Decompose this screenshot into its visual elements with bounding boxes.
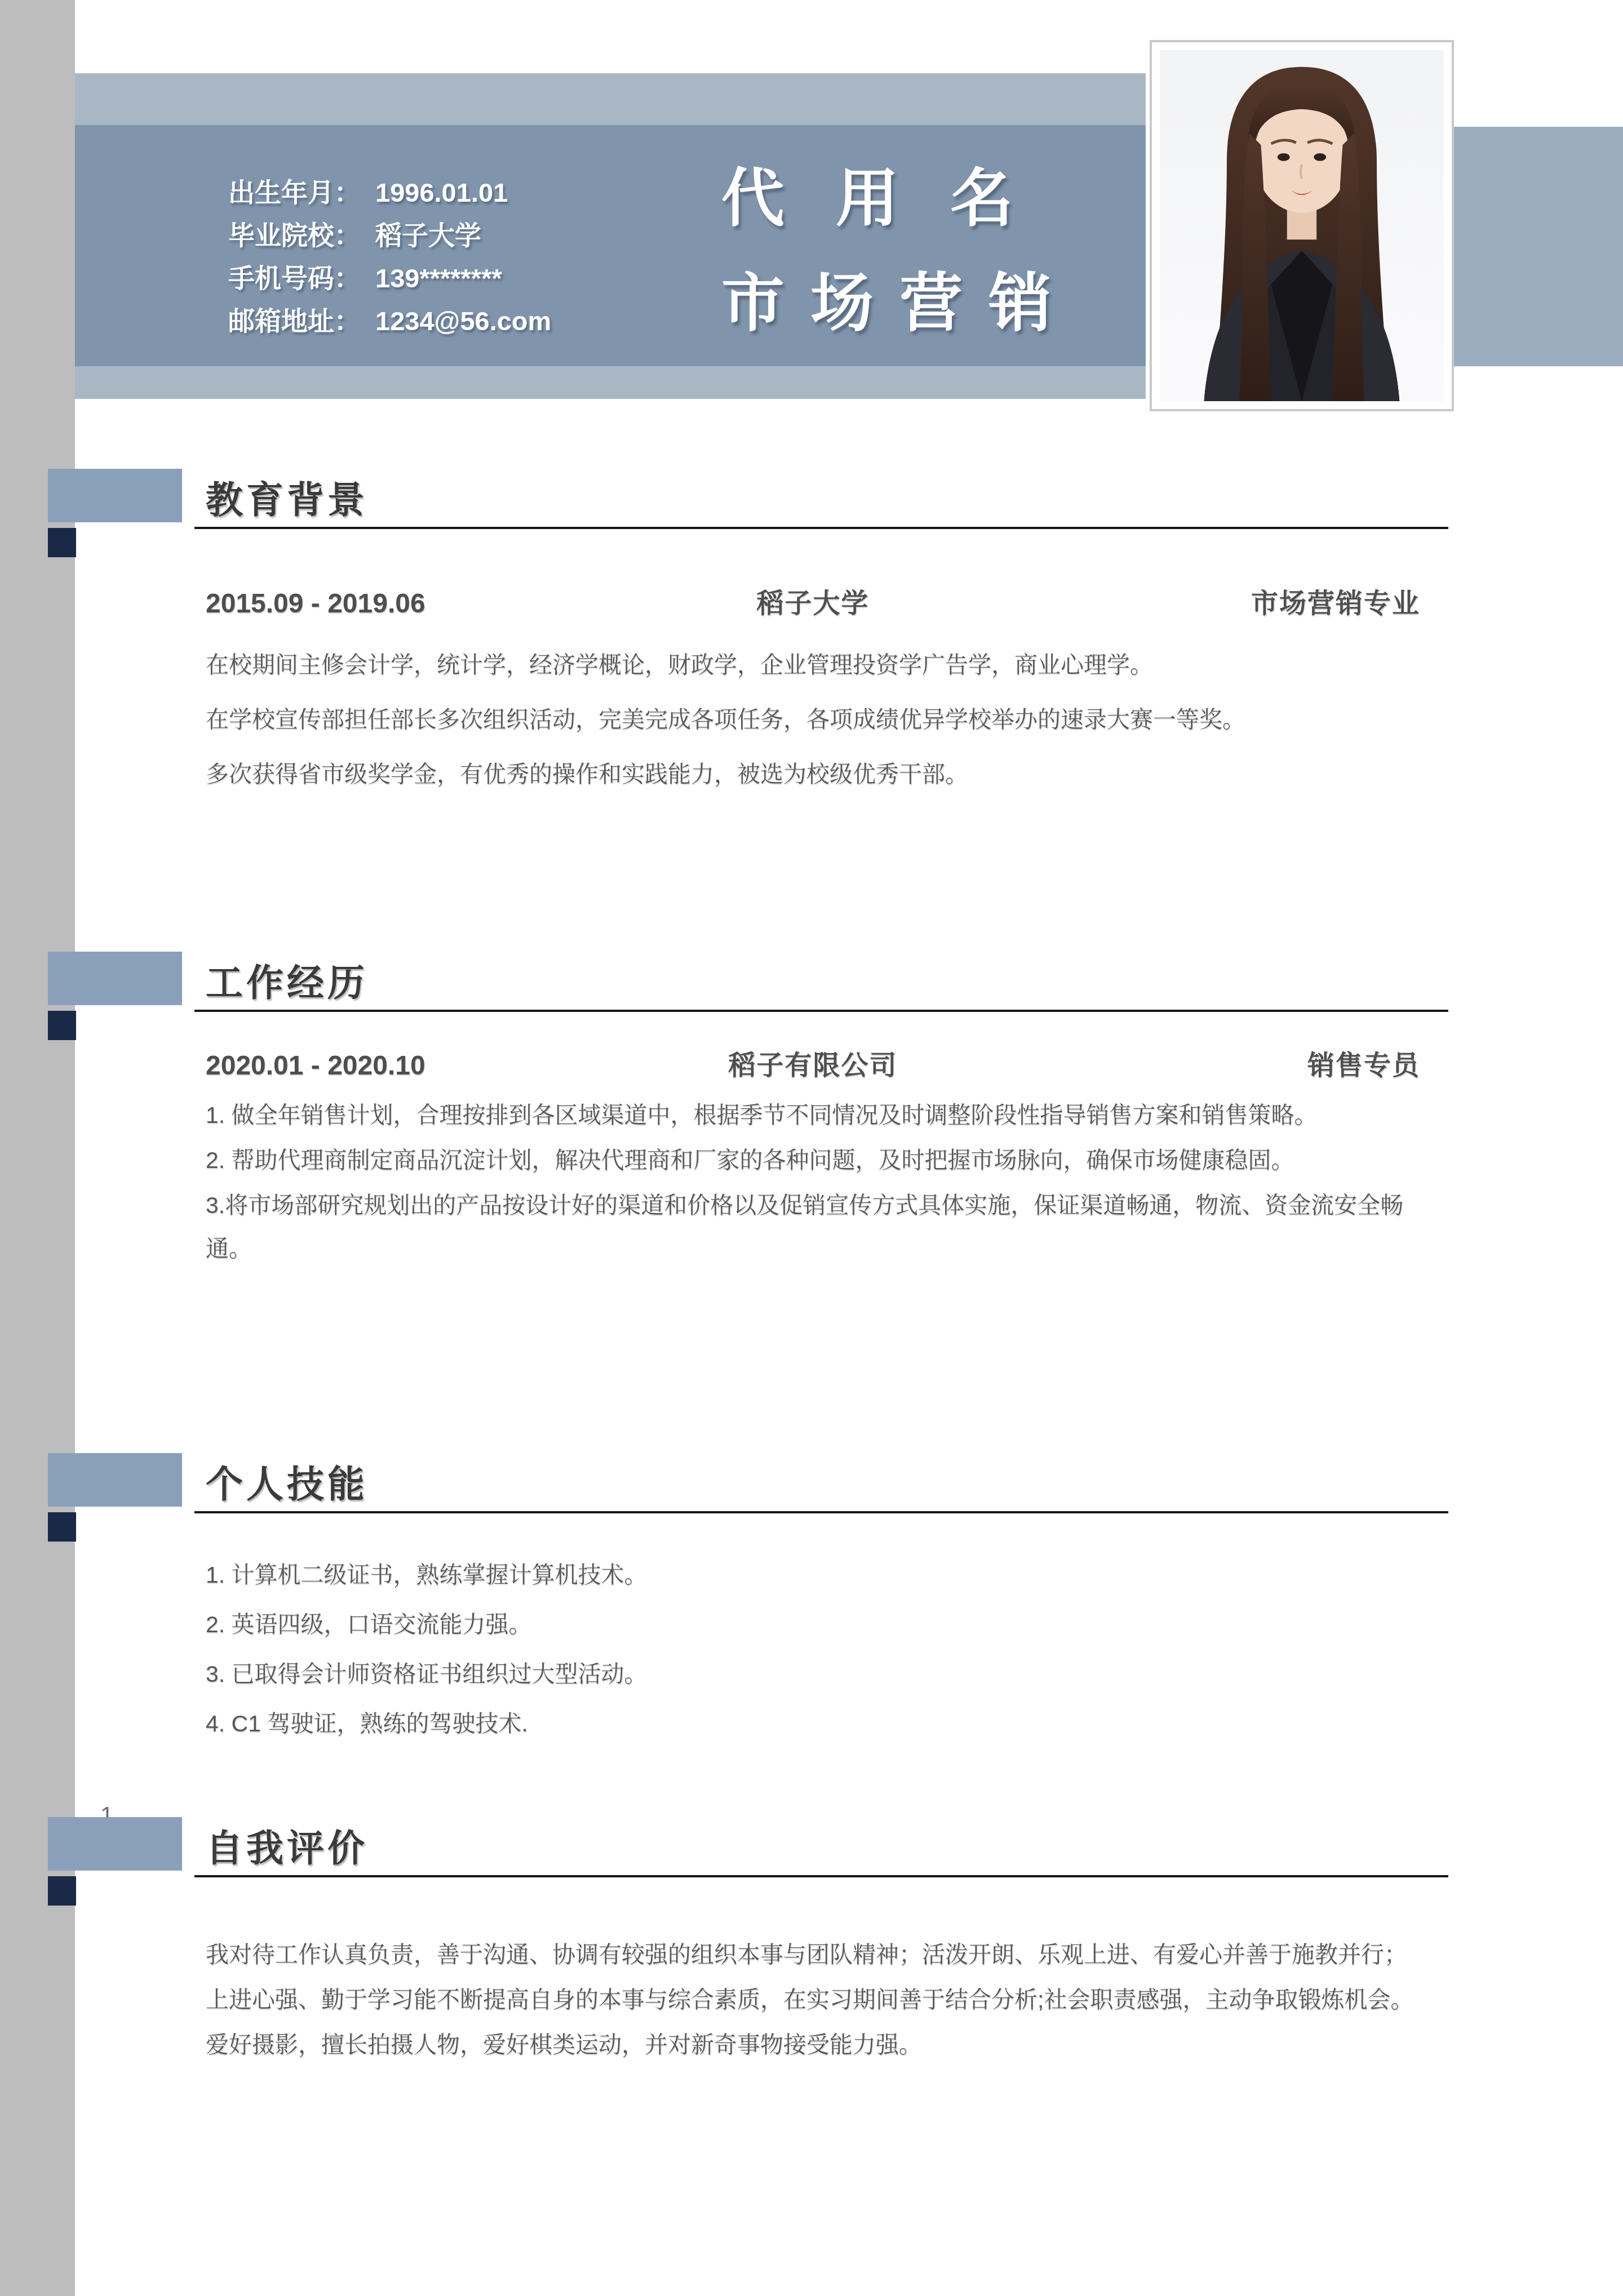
section-square-blue <box>48 1453 182 1507</box>
info-label: 邮箱地址 <box>228 300 334 338</box>
section-title-self-evaluation: 自我评价 <box>206 1818 368 1872</box>
work-body: 1. 做全年销售计划，合理按排到各区域渠道中，根据季节不同情况及时调整阶段性指导… <box>206 1094 1423 1272</box>
self-evaluation-paragraph: 上进心强、勤于学习能不断提高自身的本事与综合素质，在实习期间善于结合分析;社会职… <box>206 1978 1423 2022</box>
section-title-education: 教育背景 <box>206 470 368 523</box>
section-square-blue <box>48 469 182 522</box>
portrait-photo <box>1150 40 1454 411</box>
info-line-email: 邮箱地址：1234@56.com <box>228 300 551 343</box>
info-colon: ： <box>334 215 361 252</box>
section-self-evaluation: 自我评价 我对待工作认真负责，善于沟通、协调有较强的组织本事与团队精神；活泼开朗… <box>0 1817 1623 2211</box>
education-major: 市场营销专业 <box>1251 581 1420 620</box>
header-band-light-bottom <box>75 366 1146 399</box>
header-band-right <box>1454 127 1623 366</box>
skill-item: 2. 英语四级，口语交流能力强。 <box>206 1600 1423 1649</box>
info-label: 毕业院校 <box>228 215 334 252</box>
section-title-work: 工作经历 <box>206 953 368 1006</box>
skill-item: 4. C1 驾驶证，熟练的驾驶技术. <box>206 1699 1423 1748</box>
info-value: 1996.01.01 <box>375 177 508 208</box>
info-colon: ： <box>334 257 361 295</box>
work-paragraph: 2. 帮助代理商制定商品沉淀计划，解决代理商和厂家的各种问题，及时把握市场脉向，… <box>206 1139 1423 1182</box>
section-rule <box>194 1511 1448 1513</box>
info-value: 1234@56.com <box>375 305 551 336</box>
work-row: 2020.01 - 2020.10 稻子有限公司 销售专员 <box>206 1043 1420 1082</box>
education-paragraph: 在学校宣传部担任部长多次组织活动，完美完成各项任务，各项成绩优异学校举办的速录大… <box>206 692 1423 747</box>
section-education: 教育背景 2015.09 - 2019.06 稻子大学 市场营销专业 在校期间主… <box>0 469 1623 818</box>
header-band-light-top <box>75 73 1146 125</box>
person-name: 代 用 名 <box>721 162 1150 236</box>
education-dates: 2015.09 - 2019.06 <box>206 588 425 619</box>
info-colon: ： <box>334 172 361 210</box>
self-evaluation-paragraph: 我对待工作认真负责，善于沟通、协调有较强的组织本事与团队精神；活泼开朗、乐观上进… <box>206 1933 1423 1977</box>
work-paragraph: 1. 做全年销售计划，合理按排到各区域渠道中，根据季节不同情况及时调整阶段性指导… <box>206 1094 1423 1137</box>
info-line-school: 毕业院校：稻子大学 <box>228 215 551 257</box>
info-line-phone: 手机号码：139******** <box>228 257 551 300</box>
education-body: 在校期间主修会计学，统计学，经济学概论，财政学，企业管理投资学广告学，商业心理学… <box>206 638 1423 802</box>
personal-info-block: 出生年月：1996.01.01 毕业院校：稻子大学 手机号码：139******… <box>228 172 551 343</box>
skills-body: 1. 计算机二级证书，熟练掌握计算机技术。 2. 英语四级，口语交流能力强。 3… <box>206 1550 1423 1748</box>
work-position: 销售专员 <box>1307 1043 1420 1082</box>
section-square-navy <box>48 1011 76 1040</box>
work-company: 稻子有限公司 <box>728 1043 897 1082</box>
section-square-blue <box>48 1817 182 1871</box>
portrait-illustration <box>1160 50 1444 401</box>
education-paragraph: 多次获得省市级奖学金，有优秀的操作和实践能力，被选为校级优秀干部。 <box>206 747 1423 802</box>
info-label: 出生年月 <box>228 172 334 210</box>
section-square-navy <box>48 528 76 557</box>
education-row: 2015.09 - 2019.06 稻子大学 市场营销专业 <box>206 581 1420 620</box>
section-rule <box>194 1010 1448 1012</box>
person-job-title: 市场营销 <box>721 267 1077 340</box>
info-value: 139******** <box>375 263 502 294</box>
section-square-navy <box>48 1876 76 1906</box>
section-rule <box>194 527 1448 529</box>
section-title-skills: 个人技能 <box>206 1454 368 1508</box>
work-paragraph: 3.将市场部研究规划出的产品按设计好的渠道和价格以及促销宣传方式具体实施，保证渠… <box>206 1184 1423 1271</box>
skill-item: 3. 已取得会计师资格证书组织过大型活动。 <box>206 1649 1423 1699</box>
education-school: 稻子大学 <box>756 581 869 620</box>
self-evaluation-paragraph: 爱好摄影，擅长拍摄人物，爱好棋类运动，并对新奇事物接受能力强。 <box>206 2023 1423 2067</box>
skill-item: 1. 计算机二级证书，熟练掌握计算机技术。 <box>206 1550 1423 1600</box>
info-colon: ： <box>334 300 361 338</box>
info-label: 手机号码 <box>228 257 334 295</box>
self-evaluation-body: 我对待工作认真负责，善于沟通、协调有较强的组织本事与团队精神；活泼开朗、乐观上进… <box>206 1933 1423 2068</box>
info-line-birth: 出生年月：1996.01.01 <box>228 172 551 215</box>
section-skills: 个人技能 1. 计算机二级证书，熟练掌握计算机技术。 2. 英语四级，口语交流能… <box>0 1453 1623 1769</box>
name-block: 代 用 名 市场营销 <box>721 162 1150 236</box>
section-rule <box>194 1875 1448 1877</box>
info-value: 稻子大学 <box>375 215 481 252</box>
education-paragraph: 在校期间主修会计学，统计学，经济学概论，财政学，企业管理投资学广告学，商业心理学… <box>206 638 1423 692</box>
section-work: 工作经历 2020.01 - 2020.10 稻子有限公司 销售专员 1. 做全… <box>0 952 1623 1380</box>
section-square-navy <box>48 1512 76 1542</box>
resume-page: 出生年月：1996.01.01 毕业院校：稻子大学 手机号码：139******… <box>0 0 1623 2296</box>
section-square-blue <box>48 952 182 1005</box>
work-dates: 2020.01 - 2020.10 <box>206 1050 425 1081</box>
